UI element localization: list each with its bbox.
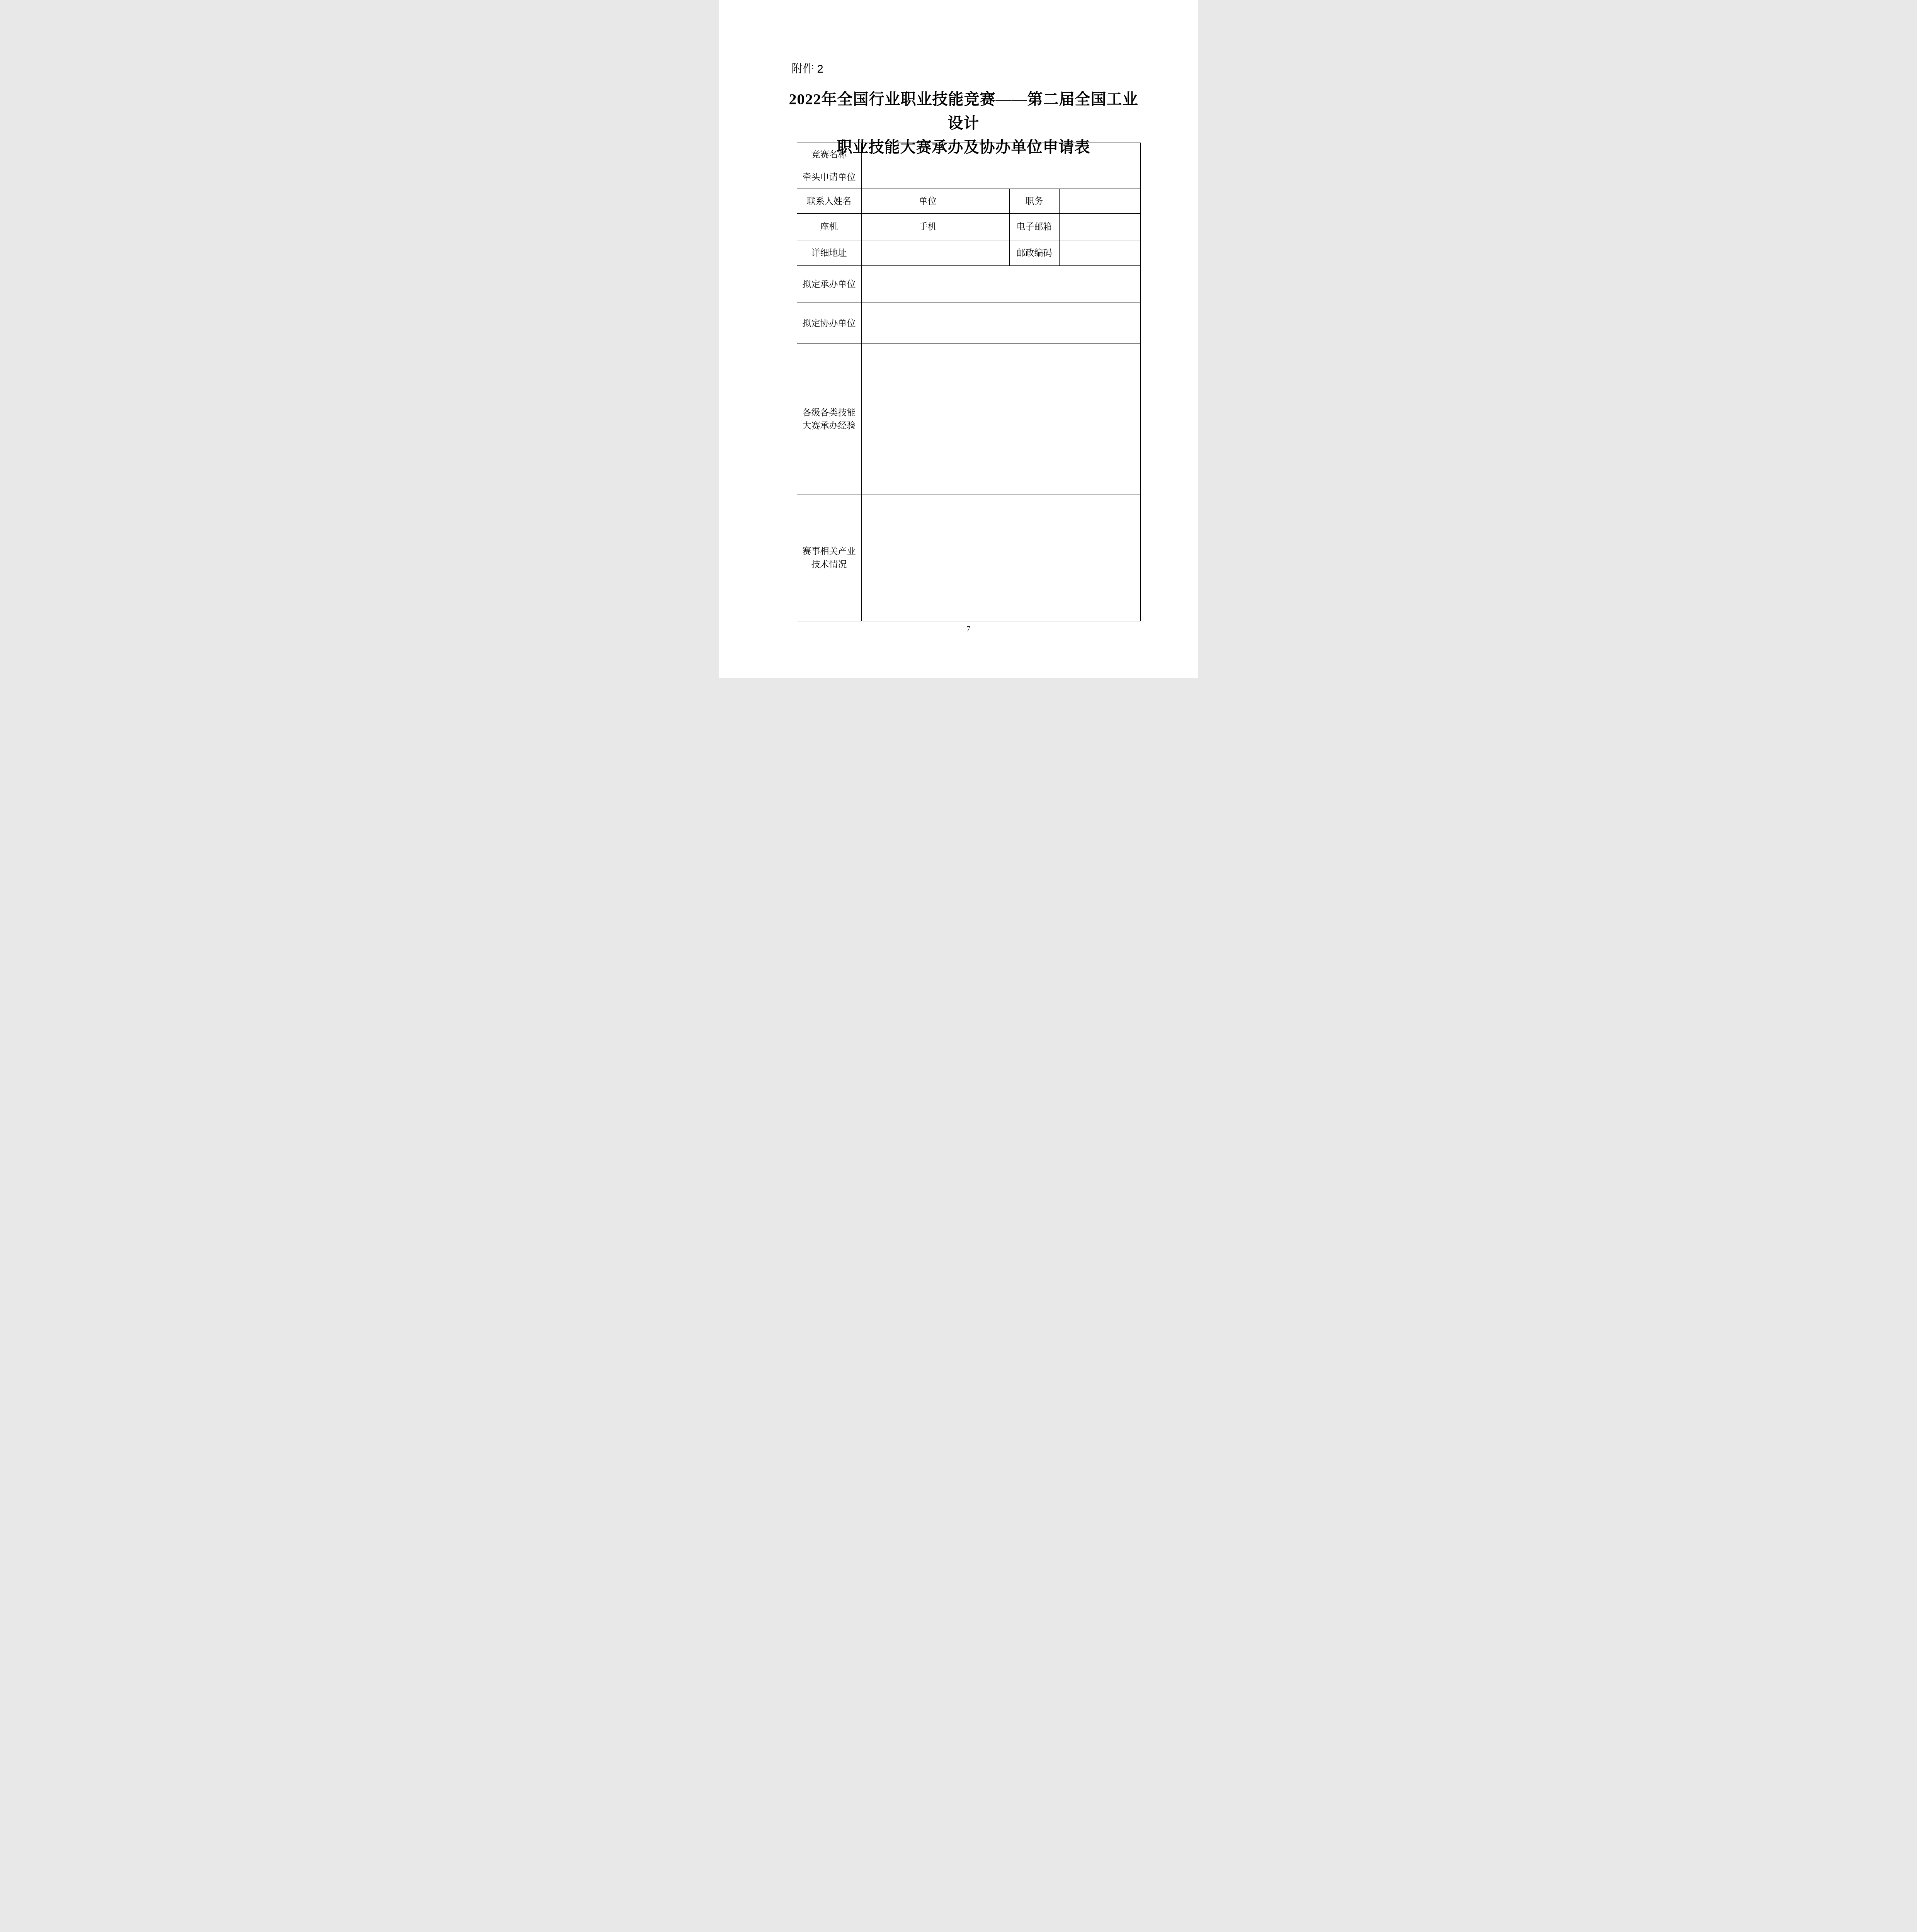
competition-name-value-cell	[861, 143, 1140, 166]
unit-label: 单位	[911, 189, 945, 214]
postcode-value-cell	[1059, 240, 1140, 266]
competition-experience-label-line2: 大赛承办经验	[799, 419, 860, 432]
industry-technology-label-line1: 赛事相关产业	[799, 545, 860, 558]
row-lead-applicant: 牵头申请单位	[797, 166, 1140, 189]
industry-technology-label-line2: 技术情况	[799, 558, 860, 571]
landline-value-cell	[861, 214, 911, 240]
landline-label: 座机	[797, 214, 861, 240]
attachment-number-label: 附件 2	[792, 63, 823, 76]
row-phone: 座机 手机 电子邮箱	[797, 214, 1140, 240]
competition-name-label: 竞赛名称	[797, 143, 861, 166]
position-label: 职务	[1009, 189, 1059, 214]
mobile-label: 手机	[911, 214, 945, 240]
row-proposed-organizer: 拟定承办单位	[797, 266, 1140, 303]
proposed-coorganizer-label: 拟定协办单位	[797, 303, 861, 344]
row-proposed-coorganizer: 拟定协办单位	[797, 303, 1140, 344]
email-value-cell	[1059, 214, 1140, 240]
competition-experience-value-cell	[861, 344, 1140, 495]
postcode-label: 邮政编码	[1009, 240, 1059, 266]
proposed-coorganizer-value-cell	[861, 303, 1140, 344]
industry-technology-value-cell	[861, 495, 1140, 621]
row-competition-name: 竞赛名称	[797, 143, 1140, 166]
competition-experience-label-line1: 各级各类技能	[799, 406, 860, 419]
address-label: 详细地址	[797, 240, 861, 266]
proposed-organizer-label: 拟定承办单位	[797, 266, 861, 303]
document-title-line1: 2022年全国行业职业技能竞赛——第二届全国工业设计	[787, 87, 1140, 135]
unit-value-cell	[945, 189, 1009, 214]
email-label: 电子邮箱	[1009, 214, 1059, 240]
industry-technology-label: 赛事相关产业 技术情况	[797, 495, 861, 621]
row-competition-experience: 各级各类技能 大赛承办经验	[797, 344, 1140, 495]
page-number: 7	[797, 625, 1140, 634]
mobile-value-cell	[945, 214, 1009, 240]
row-contact: 联系人姓名 单位 职务	[797, 189, 1140, 214]
proposed-organizer-value-cell	[861, 266, 1140, 303]
row-industry-technology: 赛事相关产业 技术情况	[797, 495, 1140, 621]
contact-name-label: 联系人姓名	[797, 189, 861, 214]
position-value-cell	[1059, 189, 1140, 214]
lead-applicant-value-cell	[861, 166, 1140, 189]
row-address: 详细地址 邮政编码	[797, 240, 1140, 266]
address-value-cell	[861, 240, 1009, 266]
competition-experience-label: 各级各类技能 大赛承办经验	[797, 344, 861, 495]
document-page: 附件 2 2022年全国行业职业技能竞赛——第二届全国工业设计 职业技能大赛承办…	[719, 0, 1198, 678]
application-form-table: 竞赛名称 牵头申请单位 联系人姓名 单位 职务 座机 手机 电子邮箱	[797, 143, 1141, 621]
lead-applicant-label: 牵头申请单位	[797, 166, 861, 189]
contact-name-value-cell	[861, 189, 911, 214]
